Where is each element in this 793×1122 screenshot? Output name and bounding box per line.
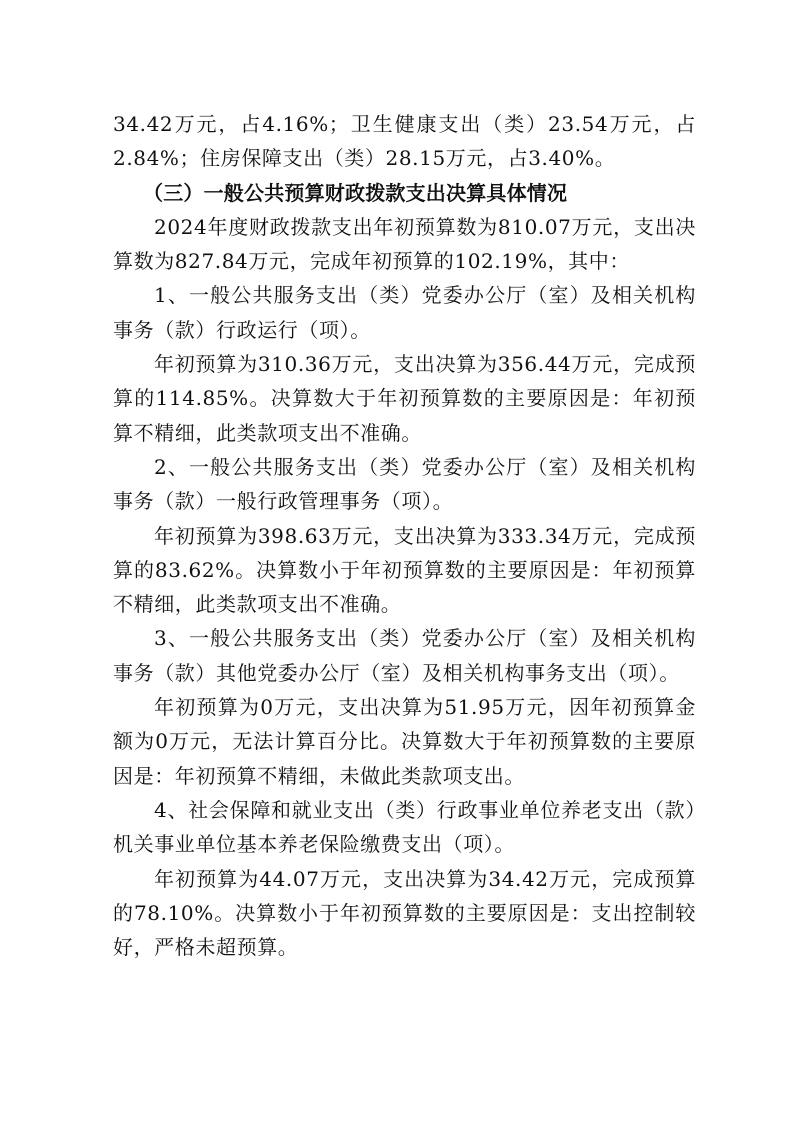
- item-3-detail: 年初预算为0万元，支出决算为51.95万元，因年初预算金额为0万元，无法计算百分…: [113, 690, 696, 793]
- item-3-title: 3、一般公共服务支出（类）党委办公厅（室）及相关机构事务（款）其他党委办公厅（室…: [113, 621, 696, 690]
- section-heading: （三）一般公共预算财政拨款支出决算具体情况: [113, 176, 696, 210]
- item-2-title: 2、一般公共服务支出（类）党委办公厅（室）及相关机构事务（款）一般行政管理事务（…: [113, 450, 696, 519]
- item-4-detail: 年初预算为44.07万元，支出决算为34.42万元，完成预算的78.10%。决算…: [113, 862, 696, 965]
- summary-paragraph: 2024年度财政拨款支出年初预算数为810.07万元，支出决算数为827.84万…: [113, 210, 696, 279]
- intro-paragraph: 34.42万元，占4.16%；卫生健康支出（类）23.54万元，占2.84%；住…: [113, 107, 696, 176]
- item-1-title: 1、一般公共服务支出（类）党委办公厅（室）及相关机构事务（款）行政运行（项）。: [113, 278, 696, 347]
- item-2-detail: 年初预算为398.63万元，支出决算为333.34万元，完成预算的83.62%。…: [113, 519, 696, 622]
- item-1-detail: 年初预算为310.36万元，支出决算为356.44万元，完成预算的114.85%…: [113, 347, 696, 450]
- item-4-title: 4、社会保障和就业支出（类）行政事业单位养老支出（款）机关事业单位基本养老保险缴…: [113, 793, 696, 862]
- document-page: 34.42万元，占4.16%；卫生健康支出（类）23.54万元，占2.84%；住…: [113, 107, 696, 964]
